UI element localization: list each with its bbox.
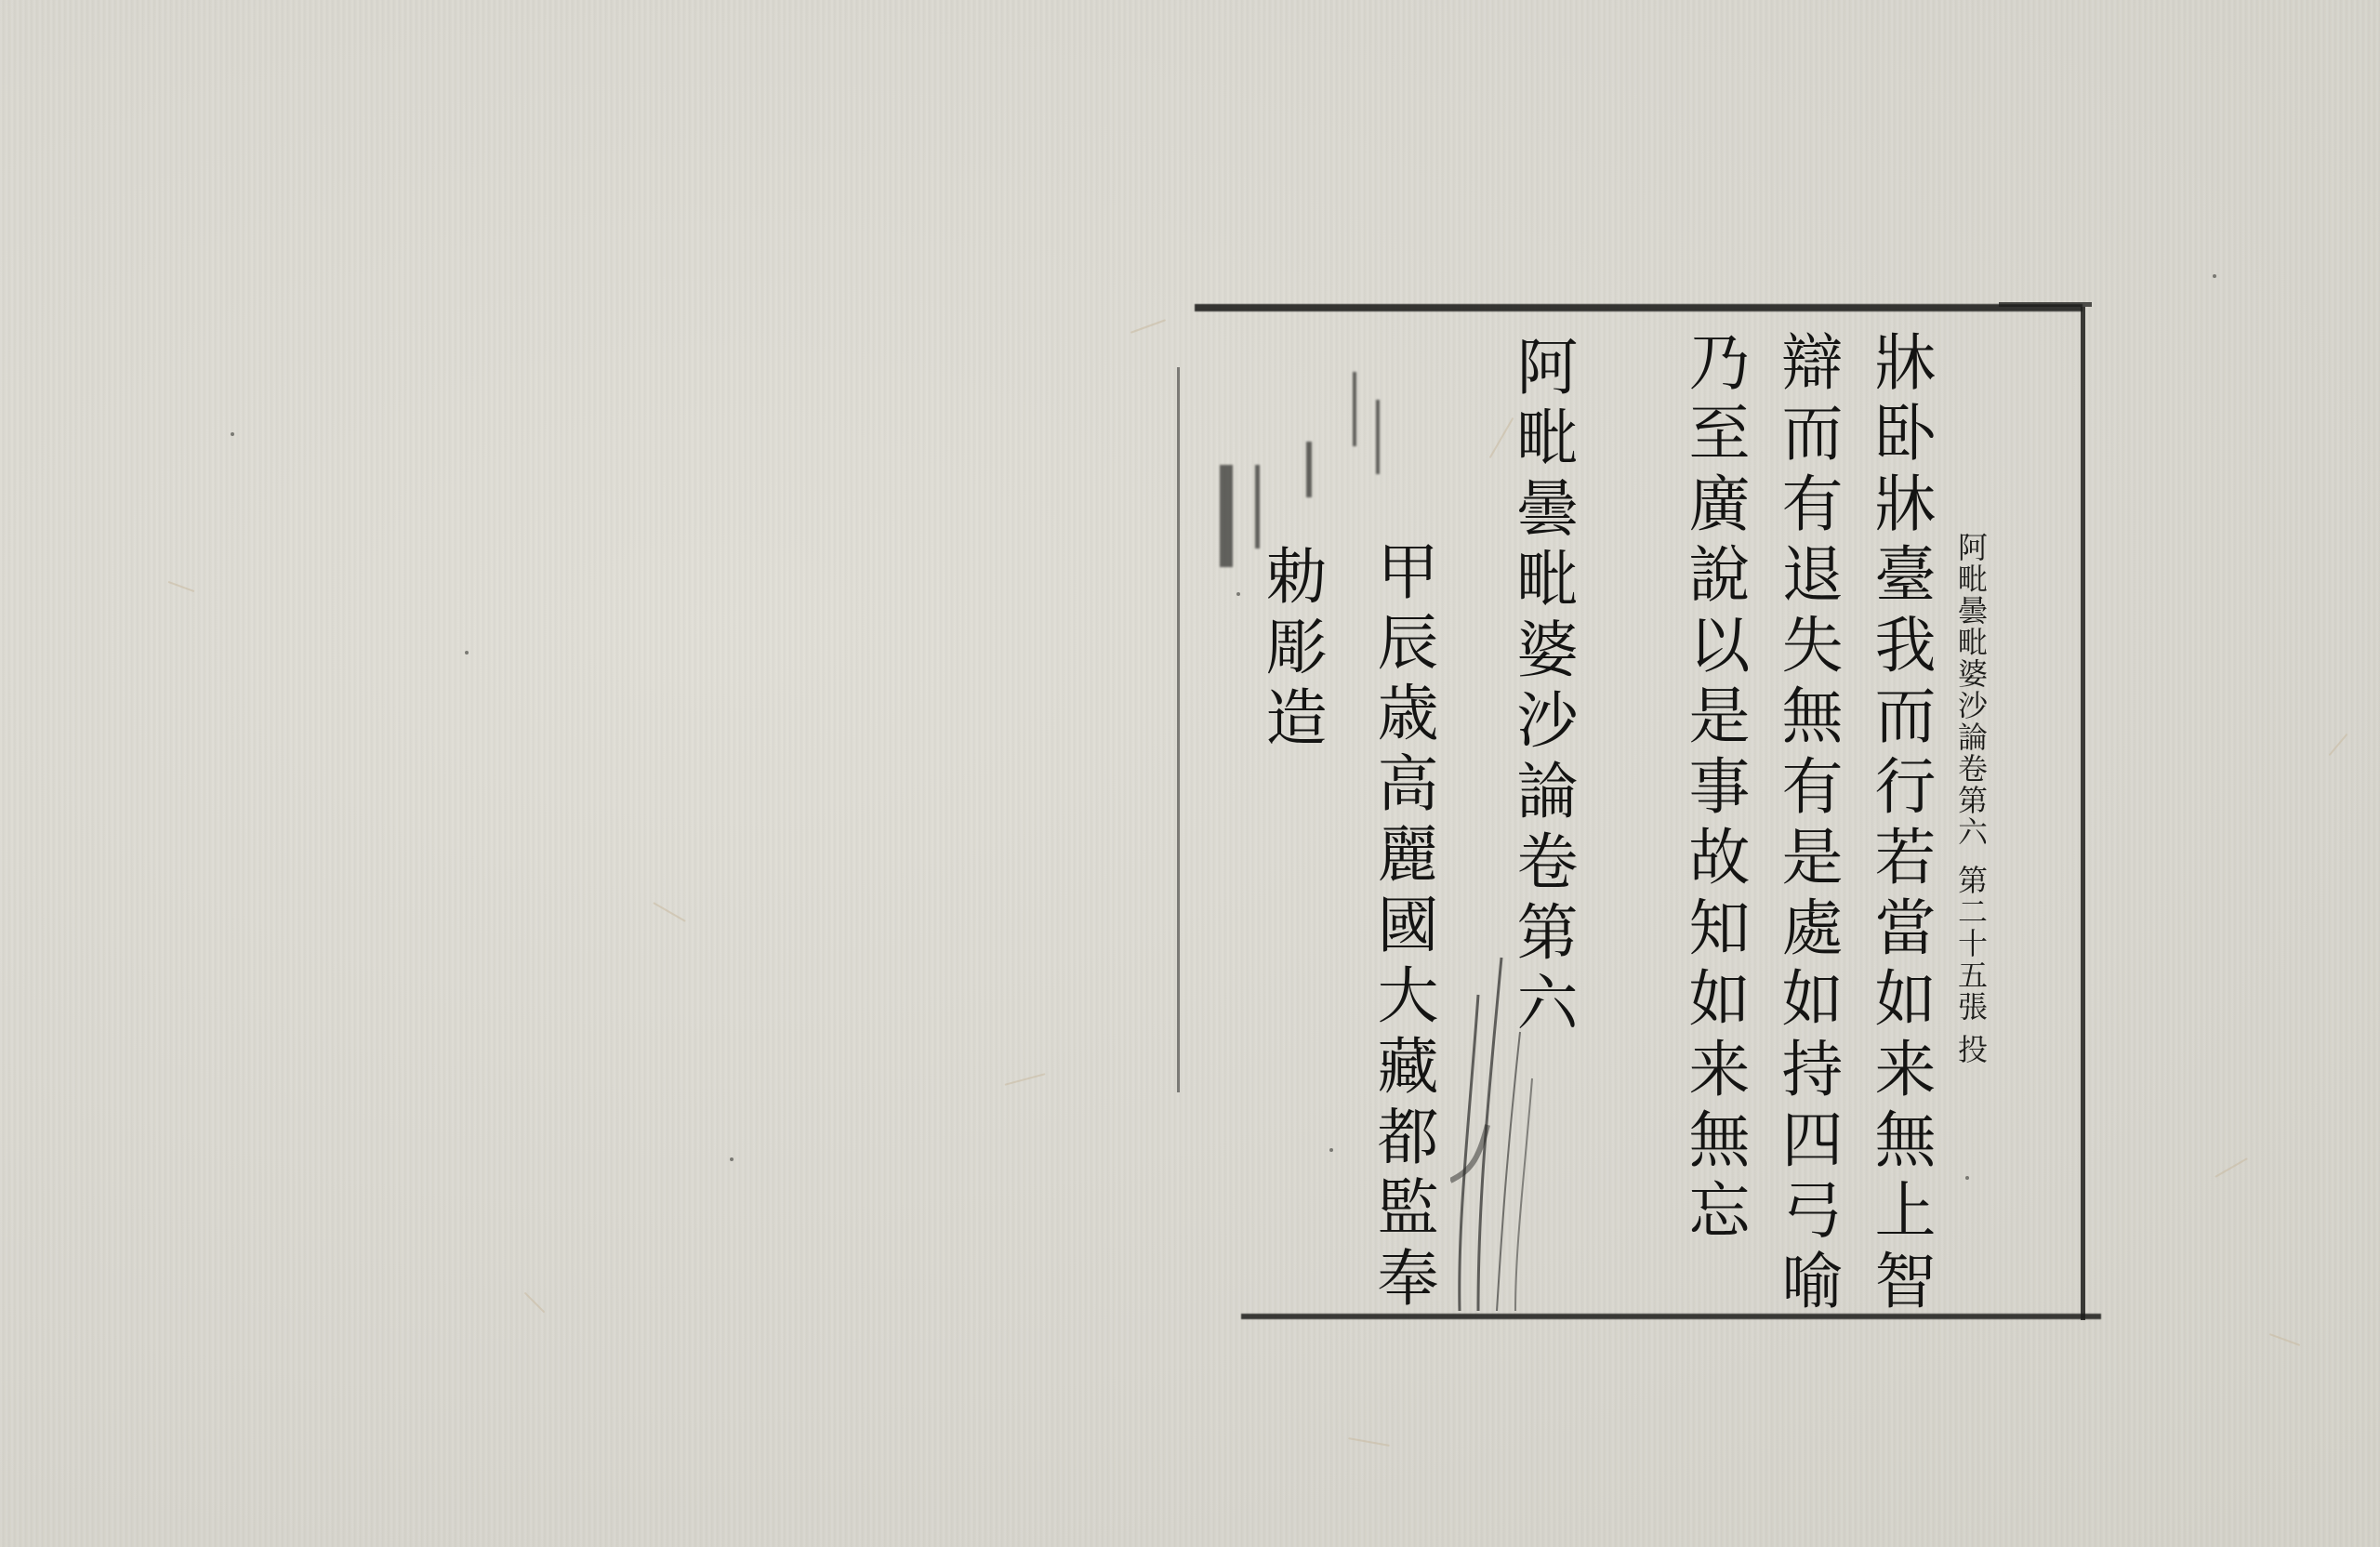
- frame-top-border: [1195, 304, 2082, 311]
- margin-header: 阿毗曇毗婆沙論卷第六第二十五張投: [1956, 532, 1986, 1127]
- colophon-line-2: 勅彫造: [1260, 544, 1321, 756]
- margin-sheet-number: 第二十五張: [1953, 865, 1989, 1023]
- frame-top-extension: [1999, 302, 2092, 307]
- frame-right-border: [2081, 307, 2085, 1320]
- colophon-line-1: 甲辰歳高麗國大藏都監奉: [1371, 539, 1433, 1316]
- body-column-1: 牀卧牀臺我而行若當如来無上智: [1869, 330, 1930, 1319]
- sutra-title-column: 阿毗曇毗婆沙論卷第六: [1511, 335, 1572, 1041]
- frame-left-border: [1177, 367, 1180, 1092]
- margin-title: 阿毗曇毗婆沙論卷第六: [1953, 532, 1989, 848]
- body-column-2: 辯而有退失無有是處如持四弓喻: [1776, 330, 1837, 1319]
- body-column-3: 乃至廣說以是事故知如来無忘: [1683, 330, 1744, 1249]
- margin-mark: 投: [1953, 1034, 1989, 1065]
